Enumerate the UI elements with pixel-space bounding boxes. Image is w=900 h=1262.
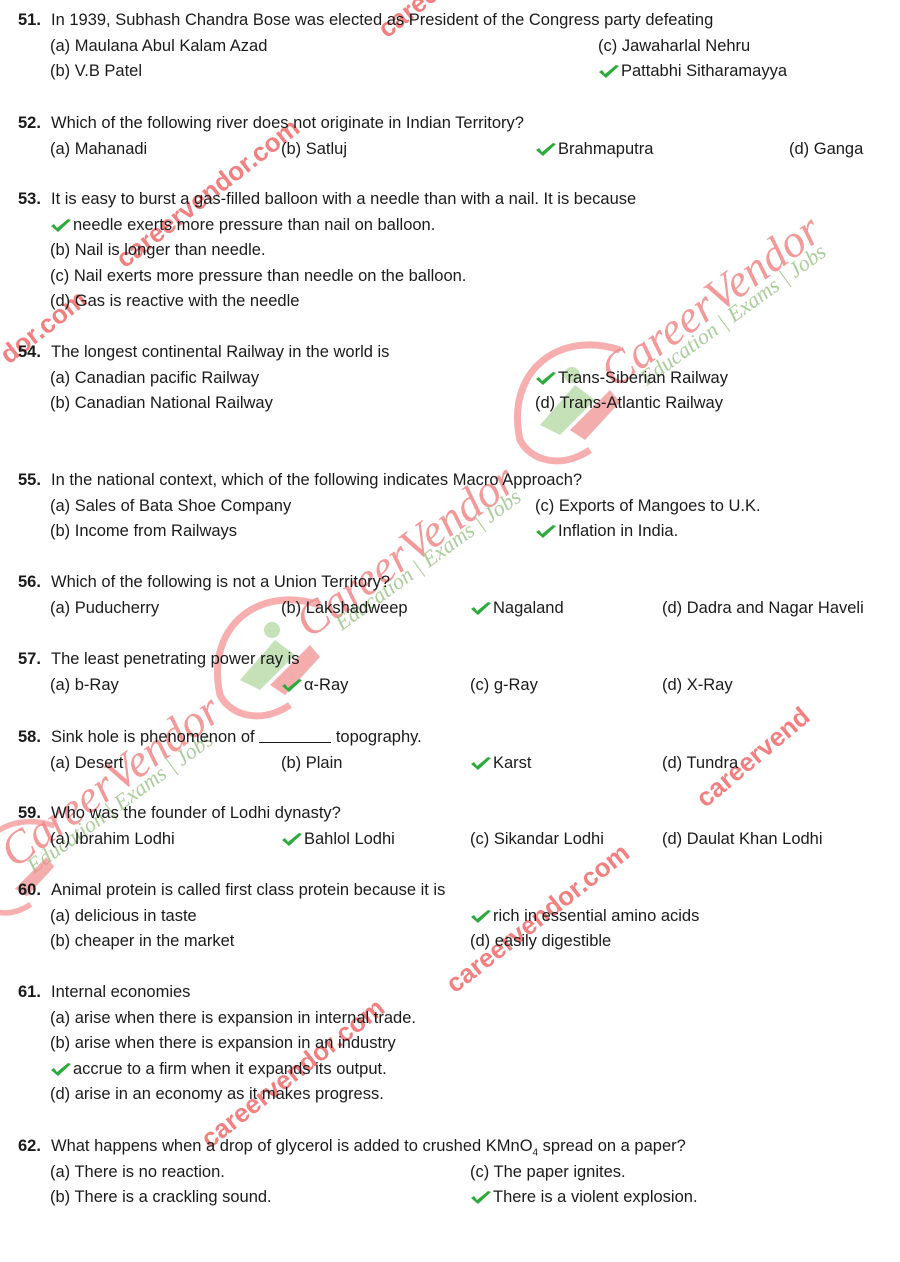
answer-option: (a) Puducherry — [50, 598, 159, 618]
question-text: Internal economies — [51, 983, 190, 1001]
option-label: accrue to a firm when it expands its out… — [73, 1060, 387, 1078]
question-stem: 62.What happens when a drop of glycerol … — [18, 1136, 686, 1163]
option-label: Inflation in India. — [558, 522, 678, 540]
answer-option-correct: α-Ray — [281, 675, 348, 695]
option-label: Pattabhi Sitharamayya — [621, 62, 787, 80]
question-stem: 61.Internal economies — [18, 982, 190, 1002]
checkmark-icon — [535, 523, 557, 539]
question-text: In 1939, Subhash Chandra Bose was electe… — [51, 11, 713, 29]
answer-option: (d) Ganga — [789, 139, 863, 159]
option-label: (a) Maulana Abul Kalam Azad — [50, 37, 267, 55]
answer-option: (d) Dadra and Nagar Haveli — [662, 598, 864, 618]
option-label: rich in essential amino acids — [493, 907, 699, 925]
question-stem: 51.In 1939, Subhash Chandra Bose was ele… — [18, 10, 713, 30]
question-number: 51. — [18, 10, 51, 30]
answer-option: (b) V.B Patel — [50, 61, 142, 81]
answer-option: (b) Canadian National Railway — [50, 393, 273, 413]
question-stem: 56.Which of the following is not a Union… — [18, 572, 390, 592]
option-label: (b) Canadian National Railway — [50, 394, 273, 412]
answer-option: (a) Ibrahim Lodhi — [50, 829, 175, 849]
option-label: Karst — [493, 754, 532, 772]
option-label: (b) V.B Patel — [50, 62, 142, 80]
question-text: Animal protein is called first class pro… — [51, 881, 445, 899]
question-number: 59. — [18, 803, 51, 823]
answer-option-correct: Pattabhi Sitharamayya — [598, 61, 787, 81]
question-stem: 58.Sink hole is phenomenon of topography… — [18, 727, 422, 747]
question-number: 57. — [18, 649, 51, 669]
answer-option: (d) easily digestible — [470, 931, 611, 951]
answer-option: (b) Income from Railways — [50, 521, 237, 541]
question-list: 51.In 1939, Subhash Chandra Bose was ele… — [0, 0, 900, 1262]
option-label: (b) Lakshadweep — [281, 599, 408, 617]
option-label: (b) cheaper in the market — [50, 932, 234, 950]
option-label: (d) Gas is reactive with the needle — [50, 292, 299, 310]
option-label: (b) Income from Railways — [50, 522, 237, 540]
answer-option: (d) Tundra — [662, 753, 738, 773]
option-label: (b) There is a crackling sound. — [50, 1188, 272, 1206]
fill-in-blank — [259, 728, 331, 743]
answer-option: (a) Sales of Bata Shoe Company — [50, 496, 291, 516]
option-label: (d) Daulat Khan Lodhi — [662, 830, 823, 848]
answer-option: (c) Exports of Mangoes to U.K. — [535, 496, 761, 516]
answer-option: (b) cheaper in the market — [50, 931, 234, 951]
option-label: needle exerts more pressure than nail on… — [73, 216, 435, 234]
answer-option: (a) There is no reaction. — [50, 1162, 225, 1182]
option-label: (d) arise in an economy as it makes prog… — [50, 1085, 384, 1103]
checkmark-icon — [50, 217, 72, 233]
answer-option-correct: Nagaland — [470, 598, 564, 618]
question-number: 52. — [18, 113, 51, 133]
question-number: 56. — [18, 572, 51, 592]
question-number: 60. — [18, 880, 51, 900]
checkmark-icon — [50, 1061, 72, 1077]
option-label: (a) Mahanadi — [50, 140, 147, 158]
option-label: (a) Puducherry — [50, 599, 159, 617]
answer-option: (a) Desert — [50, 753, 123, 773]
checkmark-icon — [470, 1189, 492, 1205]
answer-option: (c) The paper ignites. — [470, 1162, 626, 1182]
answer-option-correct: Brahmaputra — [535, 139, 653, 159]
option-label: (a) Canadian pacific Railway — [50, 369, 259, 387]
question-text: What happens when a drop of glycerol is … — [51, 1137, 686, 1155]
checkmark-icon — [535, 370, 557, 386]
question-stem: 55.In the national context, which of the… — [18, 470, 582, 490]
option-label: (b) Nail is longer than needle. — [50, 241, 266, 259]
option-label: (d) easily digestible — [470, 932, 611, 950]
checkmark-icon — [281, 831, 303, 847]
option-label: (c) Exports of Mangoes to U.K. — [535, 497, 761, 515]
answer-option: (c) Nail exerts more pressure than needl… — [50, 266, 466, 286]
question-text: Which of the following river does not or… — [51, 114, 524, 132]
answer-option: (a) b-Ray — [50, 675, 119, 695]
answer-option: (b) There is a crackling sound. — [50, 1187, 272, 1207]
answer-option: (a) Canadian pacific Railway — [50, 368, 259, 388]
checkmark-icon — [470, 755, 492, 771]
question-stem: 53.It is easy to burst a gas-filled ball… — [18, 189, 636, 209]
option-label: (a) Sales of Bata Shoe Company — [50, 497, 291, 515]
answer-option: (d) X-Ray — [662, 675, 733, 695]
option-label: Trans-Siberian Railway — [558, 369, 728, 387]
option-label: (a) delicious in taste — [50, 907, 197, 925]
option-label: (a) There is no reaction. — [50, 1163, 225, 1181]
answer-option-correct: accrue to a firm when it expands its out… — [50, 1059, 387, 1079]
answer-option-correct: There is a violent explosion. — [470, 1187, 698, 1207]
question-number: 61. — [18, 982, 51, 1002]
question-number: 62. — [18, 1136, 51, 1156]
answer-option: (c) Sikandar Lodhi — [470, 829, 604, 849]
answer-option-correct: Inflation in India. — [535, 521, 678, 541]
question-stem: 59.Who was the founder of Lodhi dynasty? — [18, 803, 341, 823]
question-text: It is easy to burst a gas-filled balloon… — [51, 190, 636, 208]
question-text: Which of the following is not a Union Te… — [51, 573, 390, 591]
option-label: Brahmaputra — [558, 140, 653, 158]
option-label: (c) Sikandar Lodhi — [470, 830, 604, 848]
question-stem: 54.The longest continental Railway in th… — [18, 342, 389, 362]
option-label: Nagaland — [493, 599, 564, 617]
answer-option: (b) arise when there is expansion in an … — [50, 1033, 396, 1053]
option-label: (a) b-Ray — [50, 676, 119, 694]
question-text: In the national context, which of the fo… — [51, 471, 582, 489]
question-stem: 60.Animal protein is called first class … — [18, 880, 445, 900]
answer-option: (a) delicious in taste — [50, 906, 197, 926]
answer-option: (d) Trans-Atlantic Railway — [535, 393, 723, 413]
option-label: (a) arise when there is expansion in int… — [50, 1009, 416, 1027]
option-label: Bahlol Lodhi — [304, 830, 395, 848]
question-stem: 57.The least penetrating power ray is — [18, 649, 300, 669]
question-page: caree careervendor.com dor.com CareerVen… — [0, 0, 900, 1262]
question-text: The longest continental Railway in the w… — [51, 343, 389, 361]
answer-option: (a) arise when there is expansion in int… — [50, 1008, 416, 1028]
option-label: There is a violent explosion. — [493, 1188, 698, 1206]
answer-option-correct: rich in essential amino acids — [470, 906, 699, 926]
option-label: (c) g-Ray — [470, 676, 538, 694]
answer-option: (a) Maulana Abul Kalam Azad — [50, 36, 267, 56]
question-text: Who was the founder of Lodhi dynasty? — [51, 804, 341, 822]
question-number: 58. — [18, 727, 51, 747]
question-text: The least penetrating power ray is — [51, 650, 300, 668]
checkmark-icon — [470, 908, 492, 924]
option-label: (c) Jawaharlal Nehru — [598, 37, 750, 55]
checkmark-icon — [598, 63, 620, 79]
checkmark-icon — [535, 141, 557, 157]
checkmark-icon — [470, 600, 492, 616]
option-label: (d) Ganga — [789, 140, 863, 158]
option-label: (c) The paper ignites. — [470, 1163, 626, 1181]
answer-option: (b) Nail is longer than needle. — [50, 240, 266, 260]
option-label: (d) Trans-Atlantic Railway — [535, 394, 723, 412]
answer-option: (d) Daulat Khan Lodhi — [662, 829, 823, 849]
answer-option: (b) Satluj — [281, 139, 347, 159]
answer-option: (c) Jawaharlal Nehru — [598, 36, 750, 56]
answer-option: (d) Gas is reactive with the needle — [50, 291, 299, 311]
question-number: 54. — [18, 342, 51, 362]
option-label: (a) Ibrahim Lodhi — [50, 830, 175, 848]
answer-option-correct: Trans-Siberian Railway — [535, 368, 728, 388]
answer-option: (c) g-Ray — [470, 675, 538, 695]
option-label: (b) Satluj — [281, 140, 347, 158]
option-label: (b) arise when there is expansion in an … — [50, 1034, 396, 1052]
question-number: 53. — [18, 189, 51, 209]
option-label: (b) Plain — [281, 754, 342, 772]
answer-option: (b) Plain — [281, 753, 342, 773]
answer-option: (b) Lakshadweep — [281, 598, 408, 618]
question-number: 55. — [18, 470, 51, 490]
option-label: (d) Tundra — [662, 754, 738, 772]
answer-option: (a) Mahanadi — [50, 139, 147, 159]
answer-option-correct: Karst — [470, 753, 532, 773]
answer-option-correct: needle exerts more pressure than nail on… — [50, 215, 435, 235]
answer-option-correct: Bahlol Lodhi — [281, 829, 395, 849]
question-text: Sink hole is phenomenon of topography. — [51, 728, 422, 746]
option-label: (d) X-Ray — [662, 676, 733, 694]
option-label: (d) Dadra and Nagar Haveli — [662, 599, 864, 617]
answer-option: (d) arise in an economy as it makes prog… — [50, 1084, 384, 1104]
option-label: (a) Desert — [50, 754, 123, 772]
option-label: (c) Nail exerts more pressure than needl… — [50, 267, 466, 285]
checkmark-icon — [281, 677, 303, 693]
option-label: α-Ray — [304, 676, 348, 694]
question-stem: 52.Which of the following river does not… — [18, 113, 524, 133]
